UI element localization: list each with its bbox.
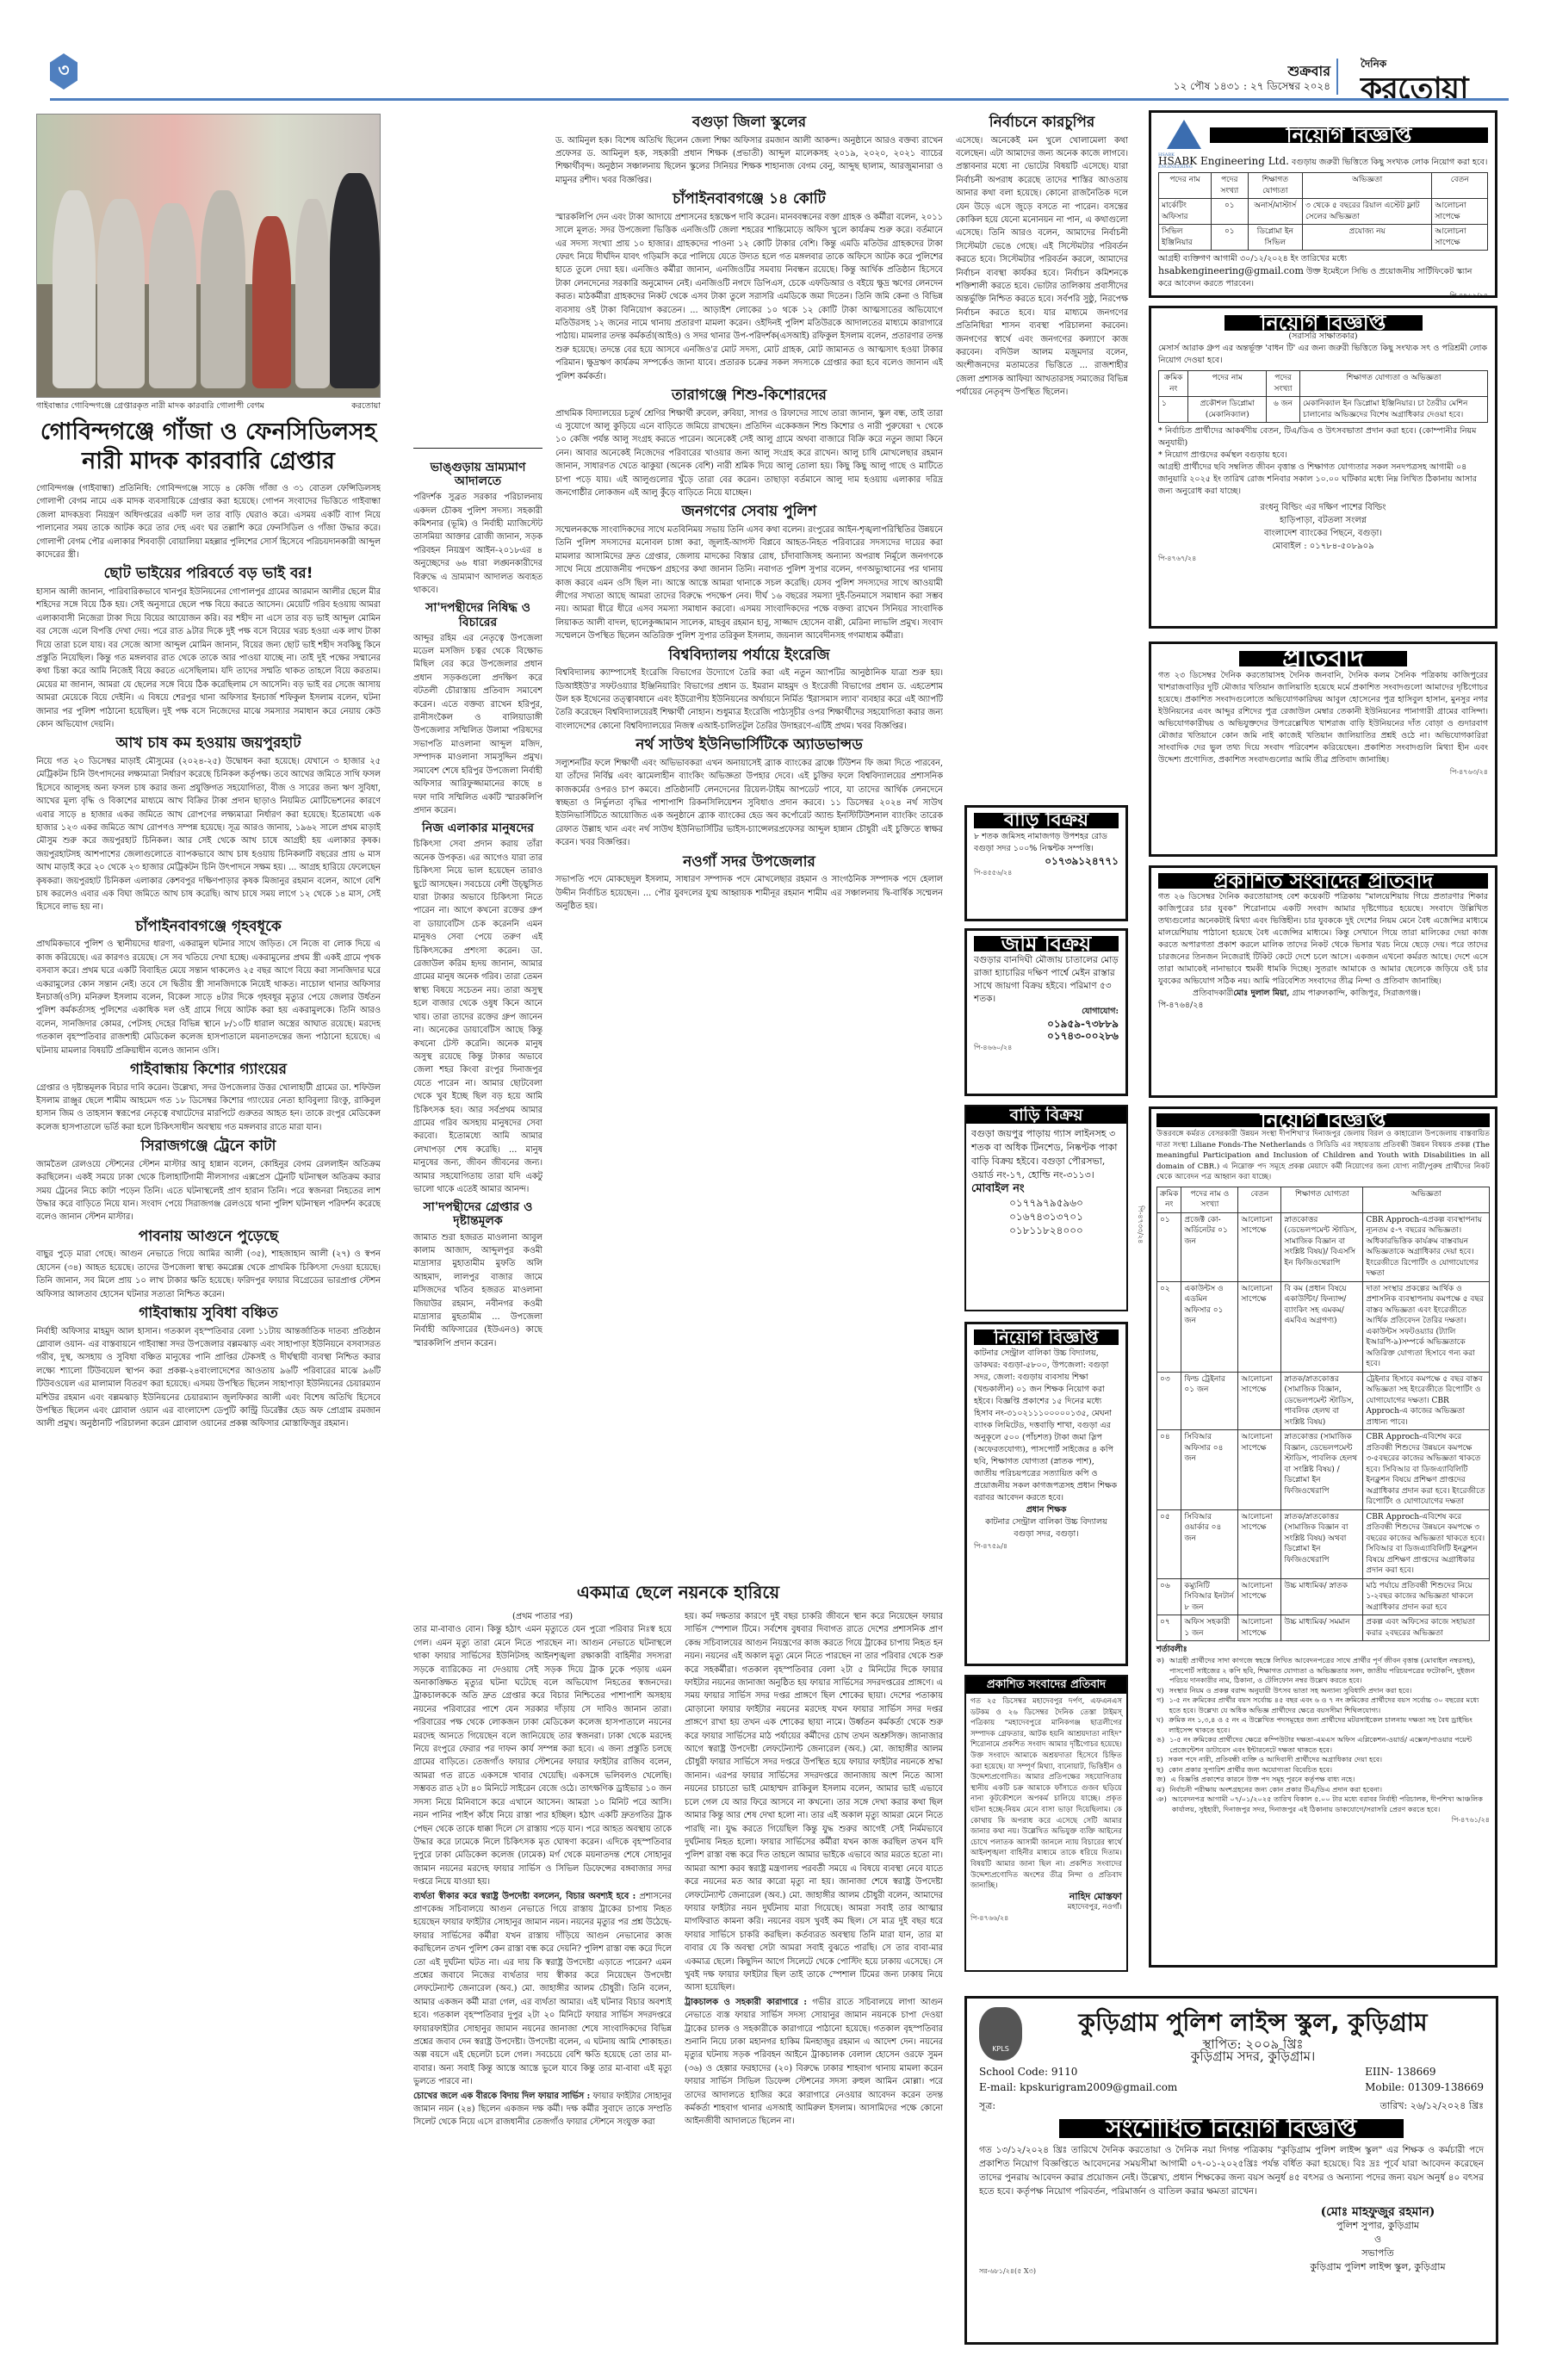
table-row: ০৫সিবিআর ওয়ার্কার ০৪ জনআলোচনা সাপেক্ষেস… bbox=[1157, 1509, 1490, 1578]
story-headline: নর্থ সাউথ ইউনিভার্সিটিকে অ্যাডভান্সড bbox=[555, 737, 943, 754]
bottom-story-headline: একমাত্র ছেলে নয়নকে হারিয়ে bbox=[413, 1580, 943, 1604]
story-headline: সা'দপন্থীদের গ্রেপ্তার ও দৃষ্টান্তমূলক bbox=[413, 1200, 542, 1228]
lead-headline: গোবিন্দগঞ্জে গাঁজা ও ফেনসিডিলসহ নারী মাদ… bbox=[36, 418, 381, 476]
story-body: প্রাথমিক বিদ্যালয়ের চতুর্থ শ্রেণির শিক্… bbox=[555, 407, 943, 500]
story-headline: নিজ এলাকার মানুষদের bbox=[413, 821, 542, 835]
subheading: চোখের জলে এক বীরকে বিদায় দিল ফায়ার সার… bbox=[413, 2092, 590, 2101]
bottom-story-col1: (প্রথম পাতার পর) তার মা-বাবাও বোন। কিন্ত… bbox=[413, 1610, 672, 2368]
story-body: সল্যুশনটির ফলে শিক্ষার্থী এবং অভিভাবকরা … bbox=[555, 757, 943, 850]
notice-title: সংশোধিত নিয়োগ বিজ্ঞপ্তি bbox=[1059, 2119, 1404, 2138]
left-column: গোবিন্দগঞ্জ (গাইবান্ধা) প্রতিনিধি: গোবিন… bbox=[36, 482, 381, 2377]
phone-number: ০১৬৭৪৩১৩৭০১ bbox=[971, 1210, 1121, 1224]
column-rule bbox=[413, 448, 542, 449]
phone-number: ০১৭৪৩-০০২৮৬ bbox=[974, 1030, 1119, 1042]
address-block: রংধনু বিল্ডিং এর দক্ষিণ পাশের বিল্ডিং হা… bbox=[1158, 501, 1488, 553]
ad-ref: পি-৪৭৩৩/২৪ bbox=[1135, 1205, 1146, 1243]
ad-dipshikha-recruitment: নিয়োগ বিজ্ঞপ্তি উত্তরবঙ্গে কর্মরত বেসরক… bbox=[1149, 1106, 1497, 1968]
newspaper-logo: করতোয়া bbox=[1361, 65, 1468, 117]
story-body: সভাপতি পদে মোকছেদুল ইসলাম, সাধারণ সম্পাদ… bbox=[555, 873, 943, 913]
story-headline: গাইবান্ধায় সুবিধা বঞ্চিত bbox=[36, 1305, 381, 1323]
story-headline: সা'দপন্থীদের নিষিদ্ধ ও বিচারের bbox=[413, 601, 542, 629]
signature-block: (মোঃ মাহফুজুর রহমান) পুলিশ সুপার, কুড়িগ… bbox=[1272, 2205, 1484, 2274]
story-body: গ্রেপ্তার ও দৃষ্টান্তমূলক বিচার দাবি করে… bbox=[36, 1082, 381, 1135]
terms-list: ক)আগ্রহী প্রার্থীদের সাদা কাগজে স্বহস্তে… bbox=[1156, 1656, 1490, 1814]
story-headline: বিশ্ববিদ্যালয় পর্যায়ে ইংরেজি bbox=[555, 648, 943, 665]
jobs-table: ক্রমিক নংপদের নামপদের সংখ্যাশিক্ষাগত যোগ… bbox=[1158, 370, 1488, 423]
story-body: প্রাথমিকভাবে পুলিশ ও স্থানীয়দের ধারণা, … bbox=[36, 938, 381, 1057]
table-row: ০১প্রজেক্ট কো-অর্ডিনেটর ০১ জনআলোচনা সাপে… bbox=[1157, 1212, 1490, 1281]
photo-credit: করতোয়া bbox=[351, 400, 381, 413]
story-body: বিশ্ববিদ্যালয় ক্যাম্পাসেই ইংরেজি বিভাগে… bbox=[555, 666, 943, 733]
ad-news-rebuttal: প্রকাশিত সংবাদের প্রতিবাদ গত ২৬ ডিসেম্বর… bbox=[1149, 865, 1497, 1098]
classified-land-sale: জমি বিক্রয় বগুড়ার বানদিঘী মৌজায় চাতাল… bbox=[964, 928, 1128, 1096]
story-headline: আখ চাষ কম হওয়ায় জয়পুরহাট bbox=[36, 735, 381, 753]
school-email[interactable]: E-mail: kpskurigram2009@gmail.com bbox=[979, 2079, 1177, 2095]
hsabk-logo-icon: HSABK ENGINEERING bbox=[1158, 118, 1201, 152]
phone-number: মোবাইল : ০১৭৮৪-৫০৮৯০৯ bbox=[1158, 540, 1488, 553]
story-headline: গাইবান্ধায় কিশোর গ্যাংয়ের bbox=[36, 1062, 381, 1079]
story-body: এসেছে। অনেকেই মন খুলে খোলামেলা কথা বলেছে… bbox=[956, 134, 1128, 400]
phone-number: ০১৭৩৯১২৪৭৭১ bbox=[974, 855, 1119, 867]
table-row: মার্কেটিং অফিসার০১অনার্স/মাস্টার্স৩ থেকে… bbox=[1159, 199, 1488, 225]
story-headline: সিরাজগঞ্জে ট্রেনে কাটা bbox=[36, 1138, 381, 1156]
story-headline: পাবনায় আগুনে পুড়েছে bbox=[36, 1229, 381, 1246]
subheading: ব্যর্থতা স্বীকার করে স্বরাষ্ট্র উপদেষ্টা… bbox=[413, 1892, 635, 1901]
table-row: ০৩ফিল্ড ট্রেইনার ০১ জনআলোচনা সাপেক্ষেস্ন… bbox=[1157, 1372, 1490, 1430]
story-body: স্মারকলিপি দেন এবং টাকা আদায়ে প্রশাসনের… bbox=[555, 211, 943, 383]
masthead-rule bbox=[50, 98, 1509, 101]
story-headline: জনগণের সেবায় পুলিশ bbox=[555, 504, 943, 521]
ad-arak-recruitment: নিয়োগ বিজ্ঞপ্তি (সরাসরি সাক্ষাতকার) মেস… bbox=[1149, 306, 1497, 629]
story-headline: চাঁপাইনবাবগঞ্জে ১৪ কোটি bbox=[555, 191, 943, 208]
bottom-story-col2: হয়। কর্ম দক্ষতার কারণে দুই বছর চাকরি জী… bbox=[685, 1610, 943, 2368]
story-body: নিয়ে গত ২০ ডিসেম্বর মাড়াই মৌসুমের (২০২… bbox=[36, 755, 381, 914]
page-number-badge: ৩ bbox=[50, 53, 77, 90]
photo-caption: গাইবান্ধার গোবিন্দগঞ্জে গ্রেপ্তারকৃত নার… bbox=[36, 400, 381, 413]
continued-label: (প্রথম পাতার পর) bbox=[413, 1610, 672, 1623]
table-row: সিভিল ইঞ্জিনিয়ার০১ডিপ্লোমা ইন সিভিলপ্রয… bbox=[1159, 225, 1488, 251]
phone-number: ০১৯৫৯-৭৩৮৮৯ bbox=[974, 1018, 1119, 1030]
phone-number: ০১৭৭৯৭৯৫৯৬০ bbox=[971, 1196, 1121, 1210]
terms-title: শর্তাবলীঃ bbox=[1156, 1644, 1490, 1656]
table-row: ০৬কম্যুনিটি সিবিআর ইনটার্ন ৮ জনআলোচনা সা… bbox=[1157, 1578, 1490, 1615]
table-row: ০৪সিবিআর অফিসার ০৪ জনআলোচনা সাপেক্ষেস্না… bbox=[1157, 1430, 1490, 1510]
story-body: জামাত শুরা হজরত মাওলানা আবুল কালাম আজাদ,… bbox=[413, 1231, 542, 1351]
story-headline: তারাগঞ্জে শিশু-কিশোরদের bbox=[555, 387, 943, 405]
story-body: নির্বাহী অফিসার মাহমুদ আল হাসান। গতকাল ব… bbox=[36, 1325, 381, 1431]
ad-kurigram-school: KPLS কুড়িগ্রাম পুলিশ লাইন্স স্কুল, কুড়… bbox=[964, 1996, 1498, 2345]
school-crest-icon: KPLS bbox=[979, 2007, 1022, 2061]
story-body: সম্মেলনকক্ষে সাংবাদিকদের সাথে মতবিনিময় … bbox=[555, 524, 943, 643]
story-body: আব্দুর রহিম এর নেতৃত্বে উপজেলা মডেল মসজি… bbox=[413, 632, 542, 818]
middle-narrow-column: ভাঙ্গুড়ায় ভ্রাম্যমাণ আদালতে পরিদর্শক স… bbox=[413, 456, 542, 1567]
story-headline: নওগাঁ সদর উপজেলার bbox=[555, 854, 943, 871]
lead-photo bbox=[36, 114, 381, 398]
story-headline: ভাঙ্গুড়ায় ভ্রাম্যমাণ আদালতে bbox=[413, 461, 542, 488]
lead-body: গোবিন্দগঞ্জ (গাইবান্ধা) প্রতিনিধি: গোবিন… bbox=[36, 482, 381, 561]
story-headline: নির্বাচনে কারচুপির bbox=[956, 115, 1128, 132]
story-body: পরিদর্শক সুব্রত সরকার পরিচালনায় একদল চৌ… bbox=[413, 491, 542, 597]
phone-number: ০১৮১১৮২৪০০০ bbox=[971, 1224, 1121, 1237]
classified-house-sale-1: বাড়ি বিক্রয় ৮ শতক জমিসহ নামাজগড় উপশহর… bbox=[964, 805, 1128, 921]
right-story-column: নির্বাচনে কারচুপির এসেছে। অনেকেই মন খুলে… bbox=[956, 110, 1128, 782]
ad-hsabk-recruitment: HSABK ENGINEERING নিয়োগ বিজ্ঞপ্তি HSABK… bbox=[1149, 110, 1497, 298]
story-body: হাসান আলী জানান, পারিবারিকভাবে খানপুর ইউ… bbox=[36, 586, 381, 731]
masthead-divider bbox=[1336, 59, 1338, 95]
classified-school-recruitment: নিয়োগ বিজ্ঞপ্তি কাটনার সেন্ট্রাল বালিকা… bbox=[964, 1322, 1128, 1666]
story-body: বাছুর পুড়ে মারা গেছে। আগুন নেভাতে গিয়ে… bbox=[36, 1248, 381, 1301]
middle-wide-column: বগুড়া জিলা স্কুলের ড. আমিনুল হক। বিশেষ … bbox=[555, 110, 943, 1574]
school-name: কুড়িগ্রাম পুলিশ লাইন্স স্কুল, কুড়িগ্রা… bbox=[1022, 2007, 1484, 2038]
issue-date: ১২ পৌষ ১৪৩১ : ২৭ ডিসেম্বর ২০২৪ bbox=[1174, 79, 1330, 96]
table-row: ০২একাউন্টস ও এডমিন অফিসার ০১ জনআলোচনা সা… bbox=[1157, 1281, 1490, 1372]
jobs-table: ক্রমিক নং পদের নাম ও সংখ্যা বেতন শিক্ষাগ… bbox=[1156, 1187, 1490, 1642]
story-headline: ছোট ভাইয়ের পরিবর্তে বড় ভাই বর! bbox=[36, 566, 381, 583]
jobs-table: পদের নামপদের সংখ্যাশিক্ষাগত যোগ্যতাঅভিজ্… bbox=[1158, 172, 1488, 251]
classified-rebuttal: প্রকাশিত সংবাদের প্রতিবাদ গত ২৫ ডিসেম্বর… bbox=[964, 1675, 1128, 1972]
story-headline: চাঁপাইনবাবগঞ্জে গৃহবধূকে bbox=[36, 919, 381, 936]
story-body: জামতৈল রেলওয়ে স্টেশনের স্টেশন মাস্টার আ… bbox=[36, 1158, 381, 1224]
email-link[interactable]: hsabkengineering@gmail.com bbox=[1158, 265, 1304, 276]
table-row: ০৭অফিস সহকারী ১ জনআলোচনা সাপেক্ষেউচ্চ মা… bbox=[1157, 1615, 1490, 1641]
story-body: চিকিৎসা সেবা প্রদান করায় তাঁরা অনেক উপক… bbox=[413, 838, 542, 1196]
story-body: ড. আমিনুল হক। বিশেষ অতিথি ছিলেন জেলা শিক… bbox=[555, 134, 943, 188]
story-headline: বগুড়া জিলা স্কুলের bbox=[555, 115, 943, 132]
ad-protest: প্রতিবাদ গত ২৩ ডিসেম্বর দৈনিক করতোয়াসহ … bbox=[1149, 641, 1497, 857]
table-row: ১প্রকৌশল ডিপ্লোমা (মেকানিক্যাল)৬ জনমেকান… bbox=[1159, 397, 1488, 423]
subheading: ট্রাকচালক ও সহকারী কারাগারে : bbox=[685, 1998, 807, 2007]
classified-house-sale-2: বাড়ি বিক্রয় বগুড়া জয়পুর পাড়ায় গ্যা… bbox=[964, 1105, 1128, 1311]
